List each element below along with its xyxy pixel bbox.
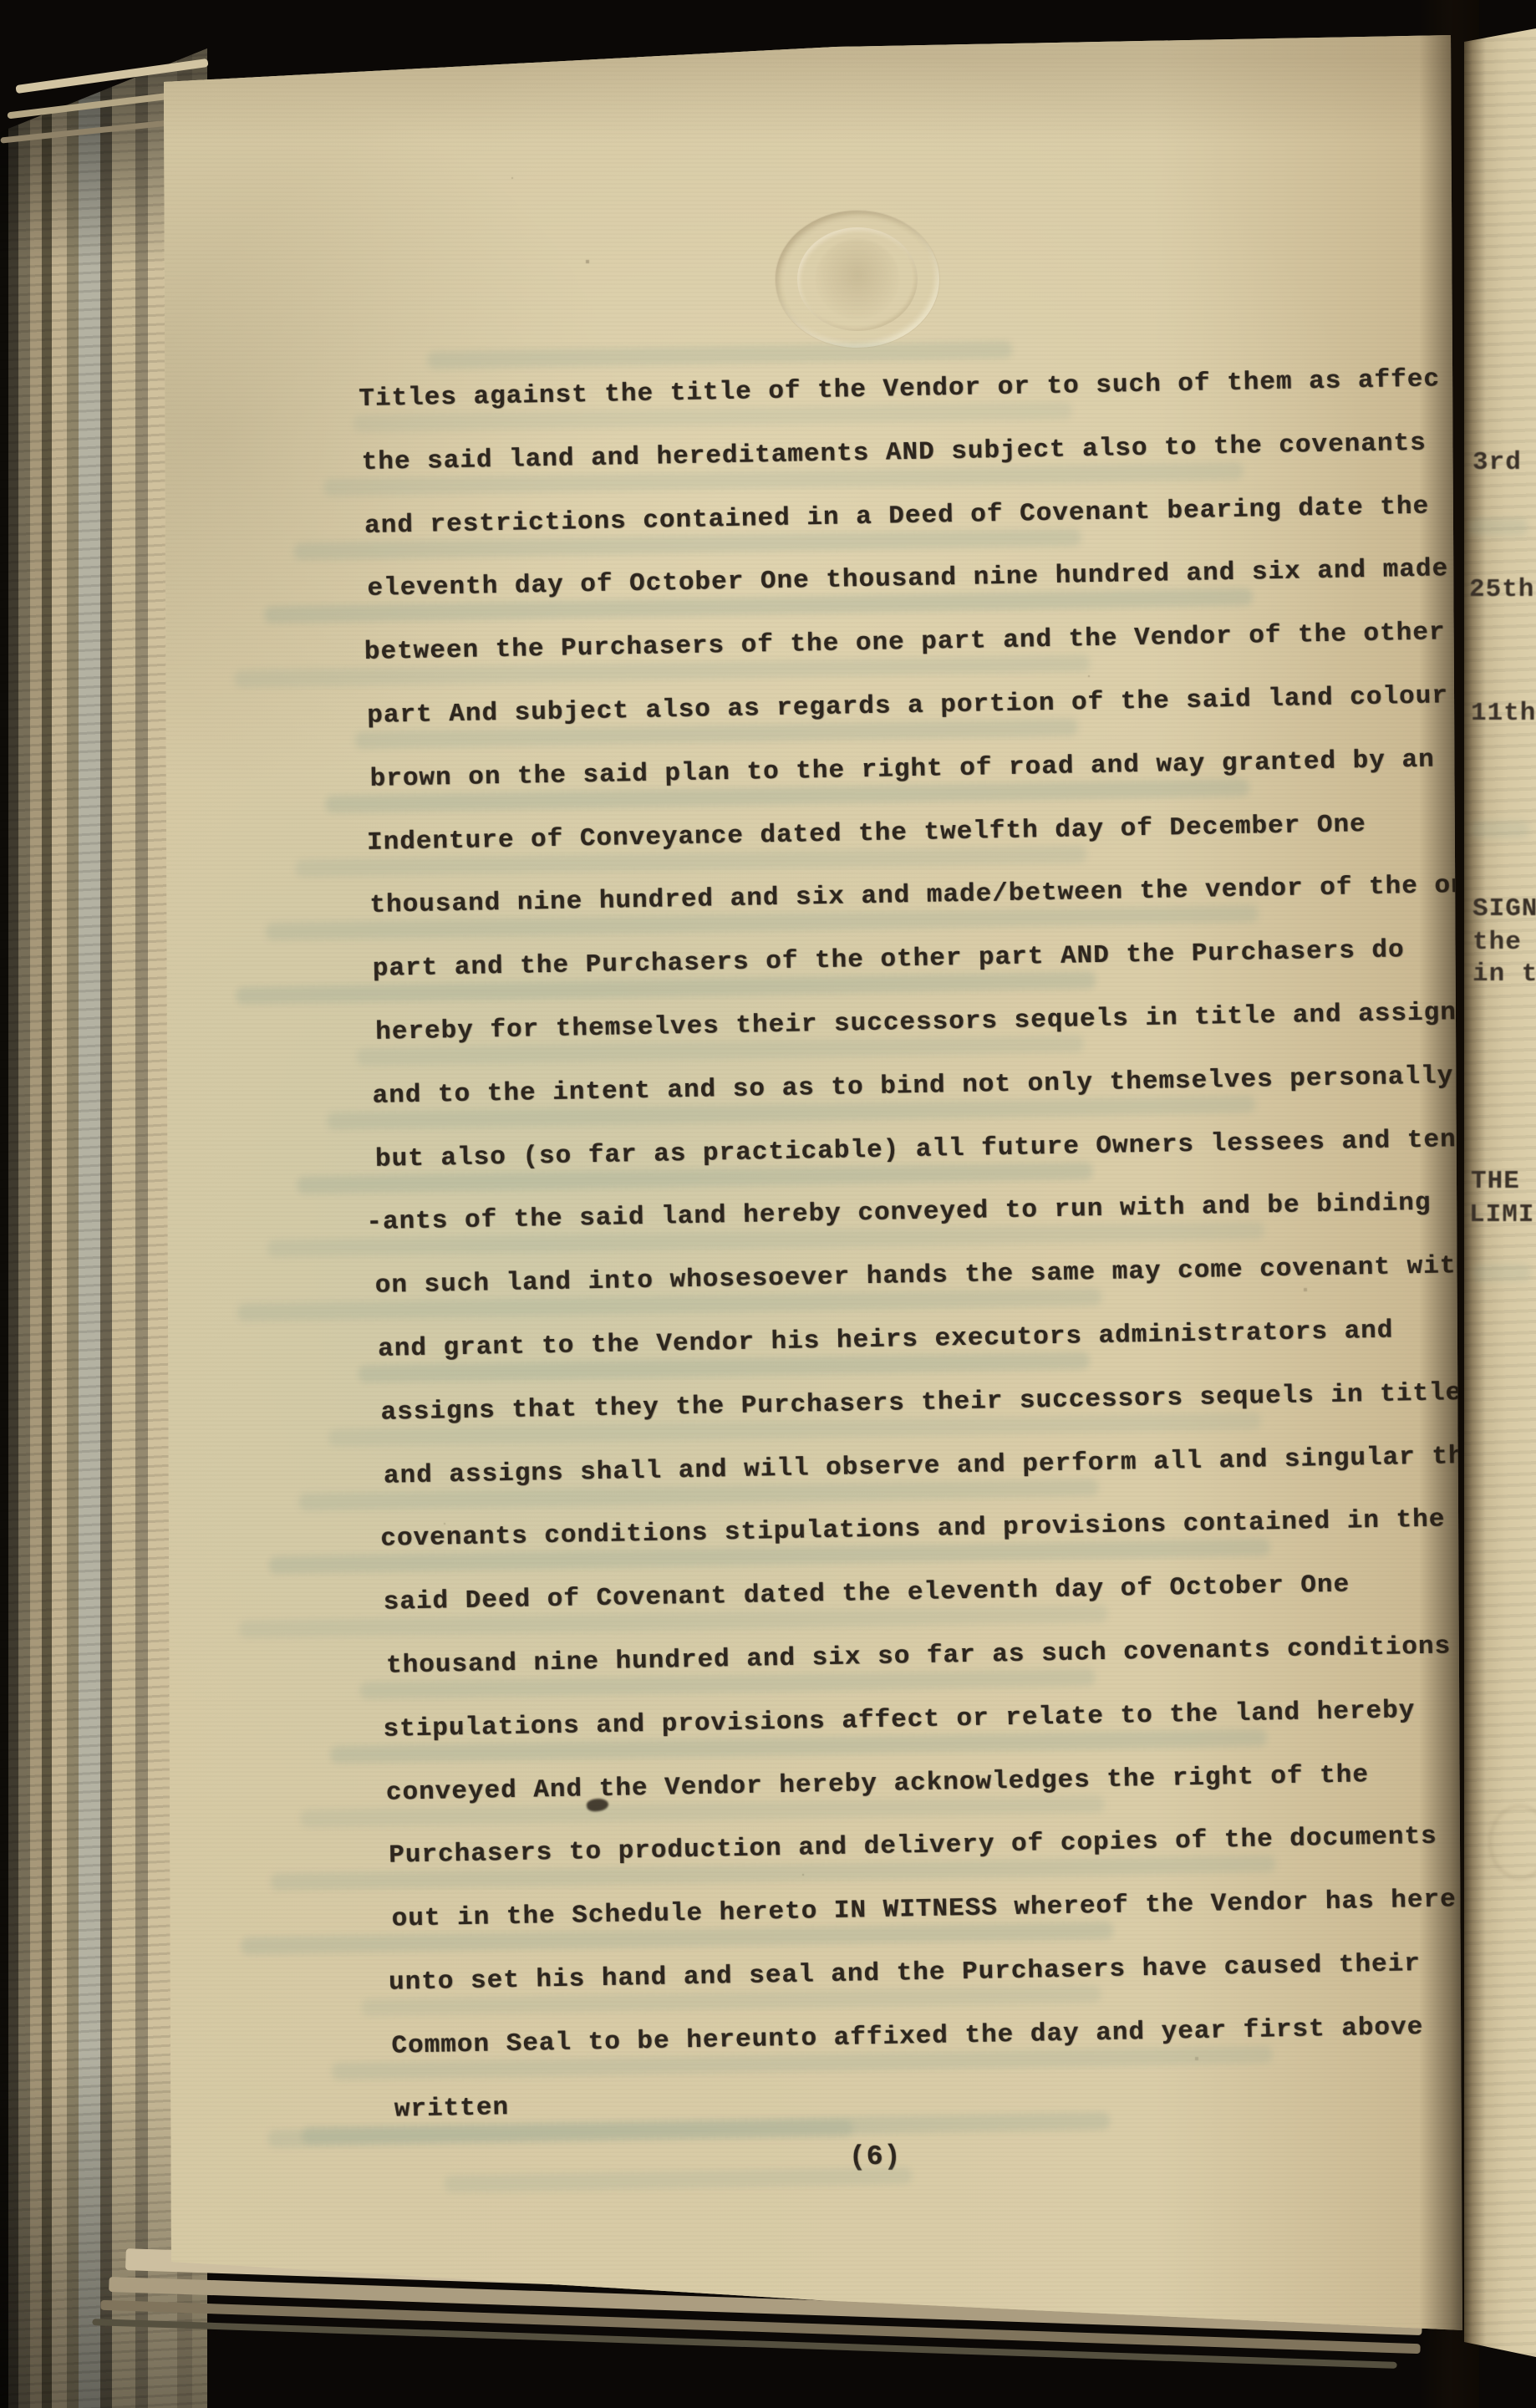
adjacent-page: 3rd25th11thSIGNthein tTHELIMI [1464,28,1536,2357]
embossed-seal-icon [776,211,939,348]
ink-bleed-mark [444,2166,912,2192]
adjacent-page-text-fragment: 3rd [1472,448,1522,477]
adjacent-page-text-fragment: SIGN [1472,894,1536,924]
adjacent-page-text-fragment: the [1472,928,1522,957]
typewritten-text-block: Titles against the title of the Vendor o… [361,362,1532,2272]
embossed-seal-crest [816,239,899,319]
scanned-book-photo: Titles against the title of the Vendor o… [0,0,1536,2408]
adjacent-page-text-fragment: THE [1471,1167,1520,1196]
adjacent-page-text-fragment: 11th [1471,699,1536,728]
paper-speckles [0,0,2,2]
ink-bleed-mark [1469,518,1528,536]
ink-bleed-mark [1471,821,1529,838]
adjacent-page-text-fragment: in t [1472,960,1536,989]
ink-bleed-mark [1472,1264,1531,1281]
typewritten-line: written [394,2091,510,2127]
adjacent-page-text-fragment: 25th [1469,575,1534,604]
adjacent-page-text-fragment: LIMI [1469,1200,1534,1229]
document-page: Titles against the title of the Vendor o… [0,0,1536,2408]
stain-ring [1489,1805,1536,1879]
